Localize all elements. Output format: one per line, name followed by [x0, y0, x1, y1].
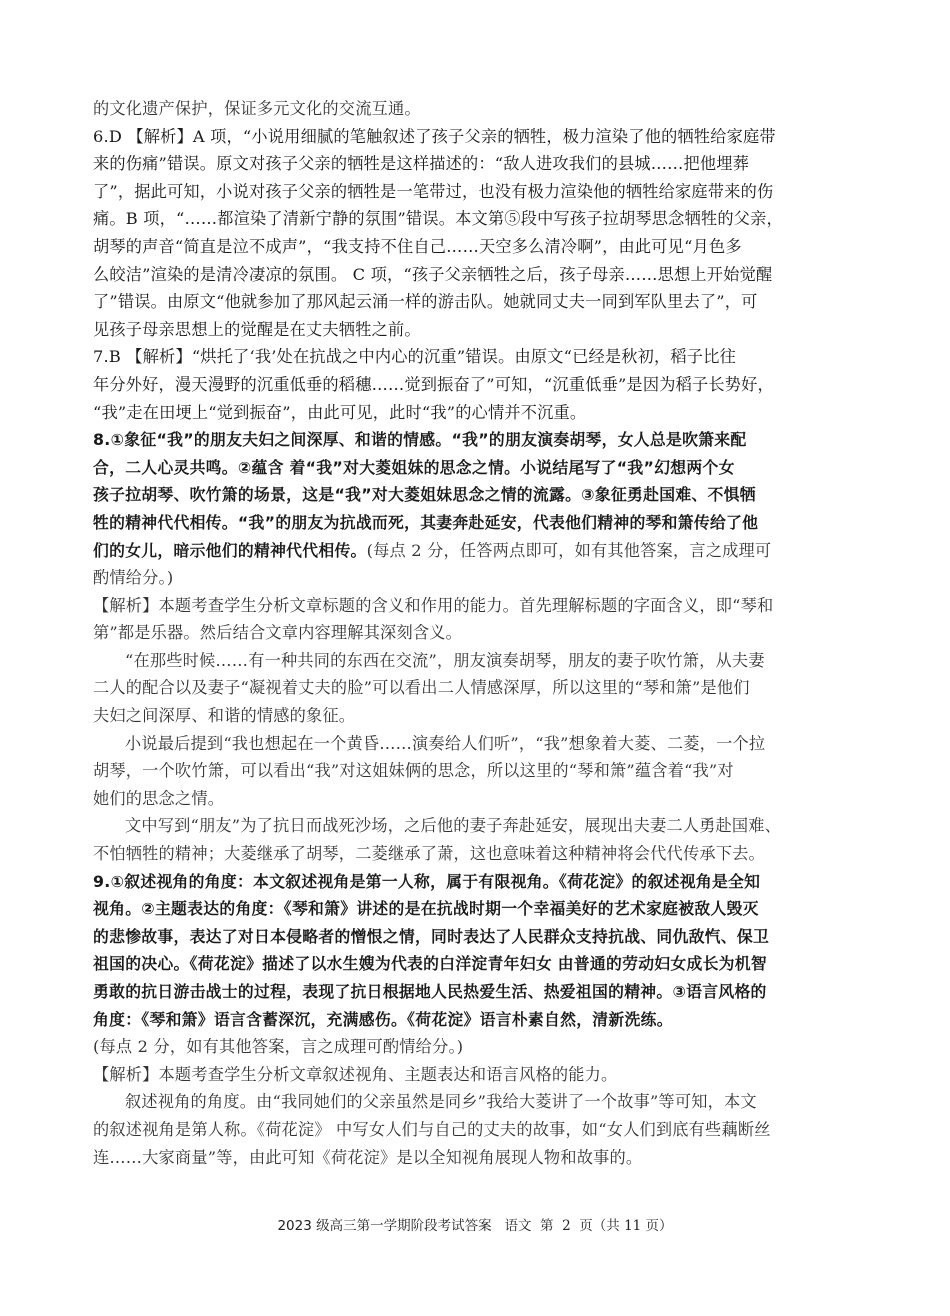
q9-scoring-note: (每点 2 分，如有其他答案，言之成理可酌情给分。) [93, 1033, 855, 1061]
answer-document: 的文化遗产保护，保证多元文化的交流互通。 6.D 【解析】A 项，“小说用细腻的… [93, 95, 855, 1171]
q9-answer-line: 9.①叙述视角的角度：本文叙述视角是第一人称，属于有限视角。《荷花淀》的叙述视角… [93, 868, 855, 896]
q9-para1-line: 连……大家商量”等，由此可知《荷花淀》是以全知视角展现人物和故事的。 [93, 1144, 855, 1172]
q6-line: 痛。B 项，“……都渲染了清新宁静的氛围”错误。本文第⑤段中写孩子拉胡琴思念牺牲… [93, 205, 855, 233]
footer-year: 2023 [277, 1218, 311, 1234]
q9-answer-line: 视角。②主题表达的角度：《琴和箫》讲述的是在抗战时期一个幸福美好的艺术家庭被敌人… [93, 895, 855, 923]
intro-line: 的文化遗产保护，保证多元文化的交流互通。 [93, 95, 855, 123]
q8-answer-line: 孩子拉胡琴、吹竹箫的场景，这是“我”对大菱姐妹思念之情的流露。③象征勇赴国难、不… [93, 481, 855, 509]
q7-line: “我”走在田埂上“觉到振奋”，由此可见，此时“我”的心情并不沉重。 [93, 399, 855, 427]
q8-para1-line: “在那些时候……有一种共同的东西在交流”，朋友演奏胡琴，朋友的妻子吹竹箫，从夫妻 [93, 647, 855, 675]
q9-answer-line: 勇敢的抗日游击战士的过程，表现了抗日根据地人民热爱生活、热爱祖国的精神。③语言风… [93, 978, 855, 1006]
q6-line: 了”错误。由原文“他就参加了那风起云涌一样的游击队。她就同丈夫一同到军队里去了”… [93, 288, 855, 316]
q6-line: 见孩子母亲思想上的觉醒是在丈夫牺牲之前。 [93, 316, 855, 344]
question-6-section: 6.D 【解析】A 项，“小说用细腻的笔触叙述了孩子父亲的牺牲，极力渲染了他的牺… [93, 123, 855, 344]
q9-analysis-line: 【解析】本题考查学生分析文章叙述视角、主题表达和语言风格的能力。 [93, 1061, 855, 1089]
q8-para3-line: 不怕牺牲的精神；大菱继承了胡琴，二菱继承了萧，这也意味着这种精神将会代代传承下去… [93, 840, 855, 868]
q8-answer-line: 牲的精神代代相传。“我”的朋友为抗战而死，其妻奔赴延安，代表他们精神的琴和箫传给… [93, 509, 855, 537]
q8-answer-bold: 们的女儿，暗示他们的精神代代相传。 [93, 541, 367, 560]
q7-line: 7.B 【解析】“烘托了‘我’处在抗战之中内心的沉重”错误。由原文“已经是秋初，… [93, 343, 855, 371]
q8-para2-line: 胡琴，一个吹竹箫，可以看出“我”对这姐妹俩的思念，所以这里的“琴和箫”蕴含着“我… [93, 757, 855, 785]
q8-scoring-note-cont: 酌情给分。) [93, 564, 855, 592]
q8-para2-line: 她们的思念之情。 [93, 785, 855, 813]
q9-answer-line: 的悲惨故事，表达了对日本侵略者的憎恨之情，同时表达了人民群众支持抗战、同仇敌忾、… [93, 923, 855, 951]
q9-answer-line: 角度：《琴和箫》语言含蓄深沉，充满感伤。《荷花淀》语言朴素自然，清新洗练。 [93, 1006, 855, 1034]
q8-para3-line: 文中写到“朋友”为了抗日而战死沙场，之后他的妻子奔赴延安，展现出夫妻二人勇赴国难… [93, 812, 855, 840]
question-8-section: 8.①象征“我”的朋友夫妇之间深厚、和谐的情感。“我”的朋友演奏胡琴，女人总是吹… [93, 426, 855, 868]
q6-line: 了”，据此可知，小说对孩子父亲的牺牲是一笔带过，也没有极力渲染他的牺牲给家庭带来… [93, 178, 855, 206]
q8-para1-line: 夫妇之间深厚、和谐的情感的象征。 [93, 702, 855, 730]
page-footer: 2023 级高三第一学期阶段考试答案 语文 第 2 页（共 11 页） [0, 1214, 950, 1234]
q8-answer-line: 合，二人心灵共鸣。②蕴含 着“我”对大菱姐妹的思念之情。小说结尾写了“我”幻想两… [93, 454, 855, 482]
q9-para1-line: 叙述视角的角度。由“我同她们的父亲虽然是同乡”我给大菱讲了一个故事”等可知，本文 [93, 1088, 855, 1116]
q6-line: 胡琴的声音“简直是泣不成声”，“我支持不住自己……天空多么清冷啊”，由此可见“月… [93, 233, 855, 261]
q8-para1-line: 二人的配合以及妻子“凝视着丈夫的脸”可以看出二人情感深厚，所以这里的“琴和箫”是… [93, 674, 855, 702]
q7-line: 年分外好，漫天漫野的沉重低垂的稻穗……觉到振奋了”可知，“沉重低垂”是因为稻子长… [93, 371, 855, 399]
q9-answer-line: 祖国的决心。《荷花淀》描述了以水生嫂为代表的白洋淀青年妇女 由普通的劳动妇女成长… [93, 950, 855, 978]
question-9-section: 9.①叙述视角的角度：本文叙述视角是第一人称，属于有限视角。《荷花淀》的叙述视角… [93, 868, 855, 1172]
q6-line: 6.D 【解析】A 项，“小说用细腻的笔触叙述了孩子父亲的牺牲，极力渲染了他的牺… [93, 123, 855, 151]
q6-line: 么皎洁”渲染的是清冷凄凉的氛围。 C 项，“孩子父亲牺牲之后，孩子母亲……思想上… [93, 261, 855, 289]
footer-text: 级高三第一学期阶段考试答案 语文 第 2 页（共 11 页） [312, 1218, 673, 1234]
q8-analysis-line: 【解析】本题考查学生分析文章标题的含义和作用的能力。首先理解标题的字面含义，即“… [93, 592, 855, 620]
q8-analysis-line: 第”都是乐器。然后结合文章内容理解其深刻含义。 [93, 619, 855, 647]
q6-line: 来的伤痛”错误。原文对孩子父亲的牺牲是这样描述的：“敌人进攻我们的县城……把他埋… [93, 150, 855, 178]
question-7-section: 7.B 【解析】“烘托了‘我’处在抗战之中内心的沉重”错误。由原文“已经是秋初，… [93, 343, 855, 426]
q8-para2-line: 小说最后提到“我也想起在一个黄昏……演奏给人们听”，“我”想象着大菱、二菱，一个… [93, 730, 855, 758]
q8-scoring-note: (每点 2 分，任答两点即可，如有其他答案，言之成理可 [367, 541, 772, 560]
q8-answer-line: 们的女儿，暗示他们的精神代代相传。(每点 2 分，任答两点即可，如有其他答案，言… [93, 537, 855, 565]
q8-answer-line: 8.①象征“我”的朋友夫妇之间深厚、和谐的情感。“我”的朋友演奏胡琴，女人总是吹… [93, 426, 855, 454]
q9-para1-line: 的叙述视角是第人称。《荷花淀》 中写女人们与自己的丈夫的故事，如“女人们到底有些… [93, 1116, 855, 1144]
